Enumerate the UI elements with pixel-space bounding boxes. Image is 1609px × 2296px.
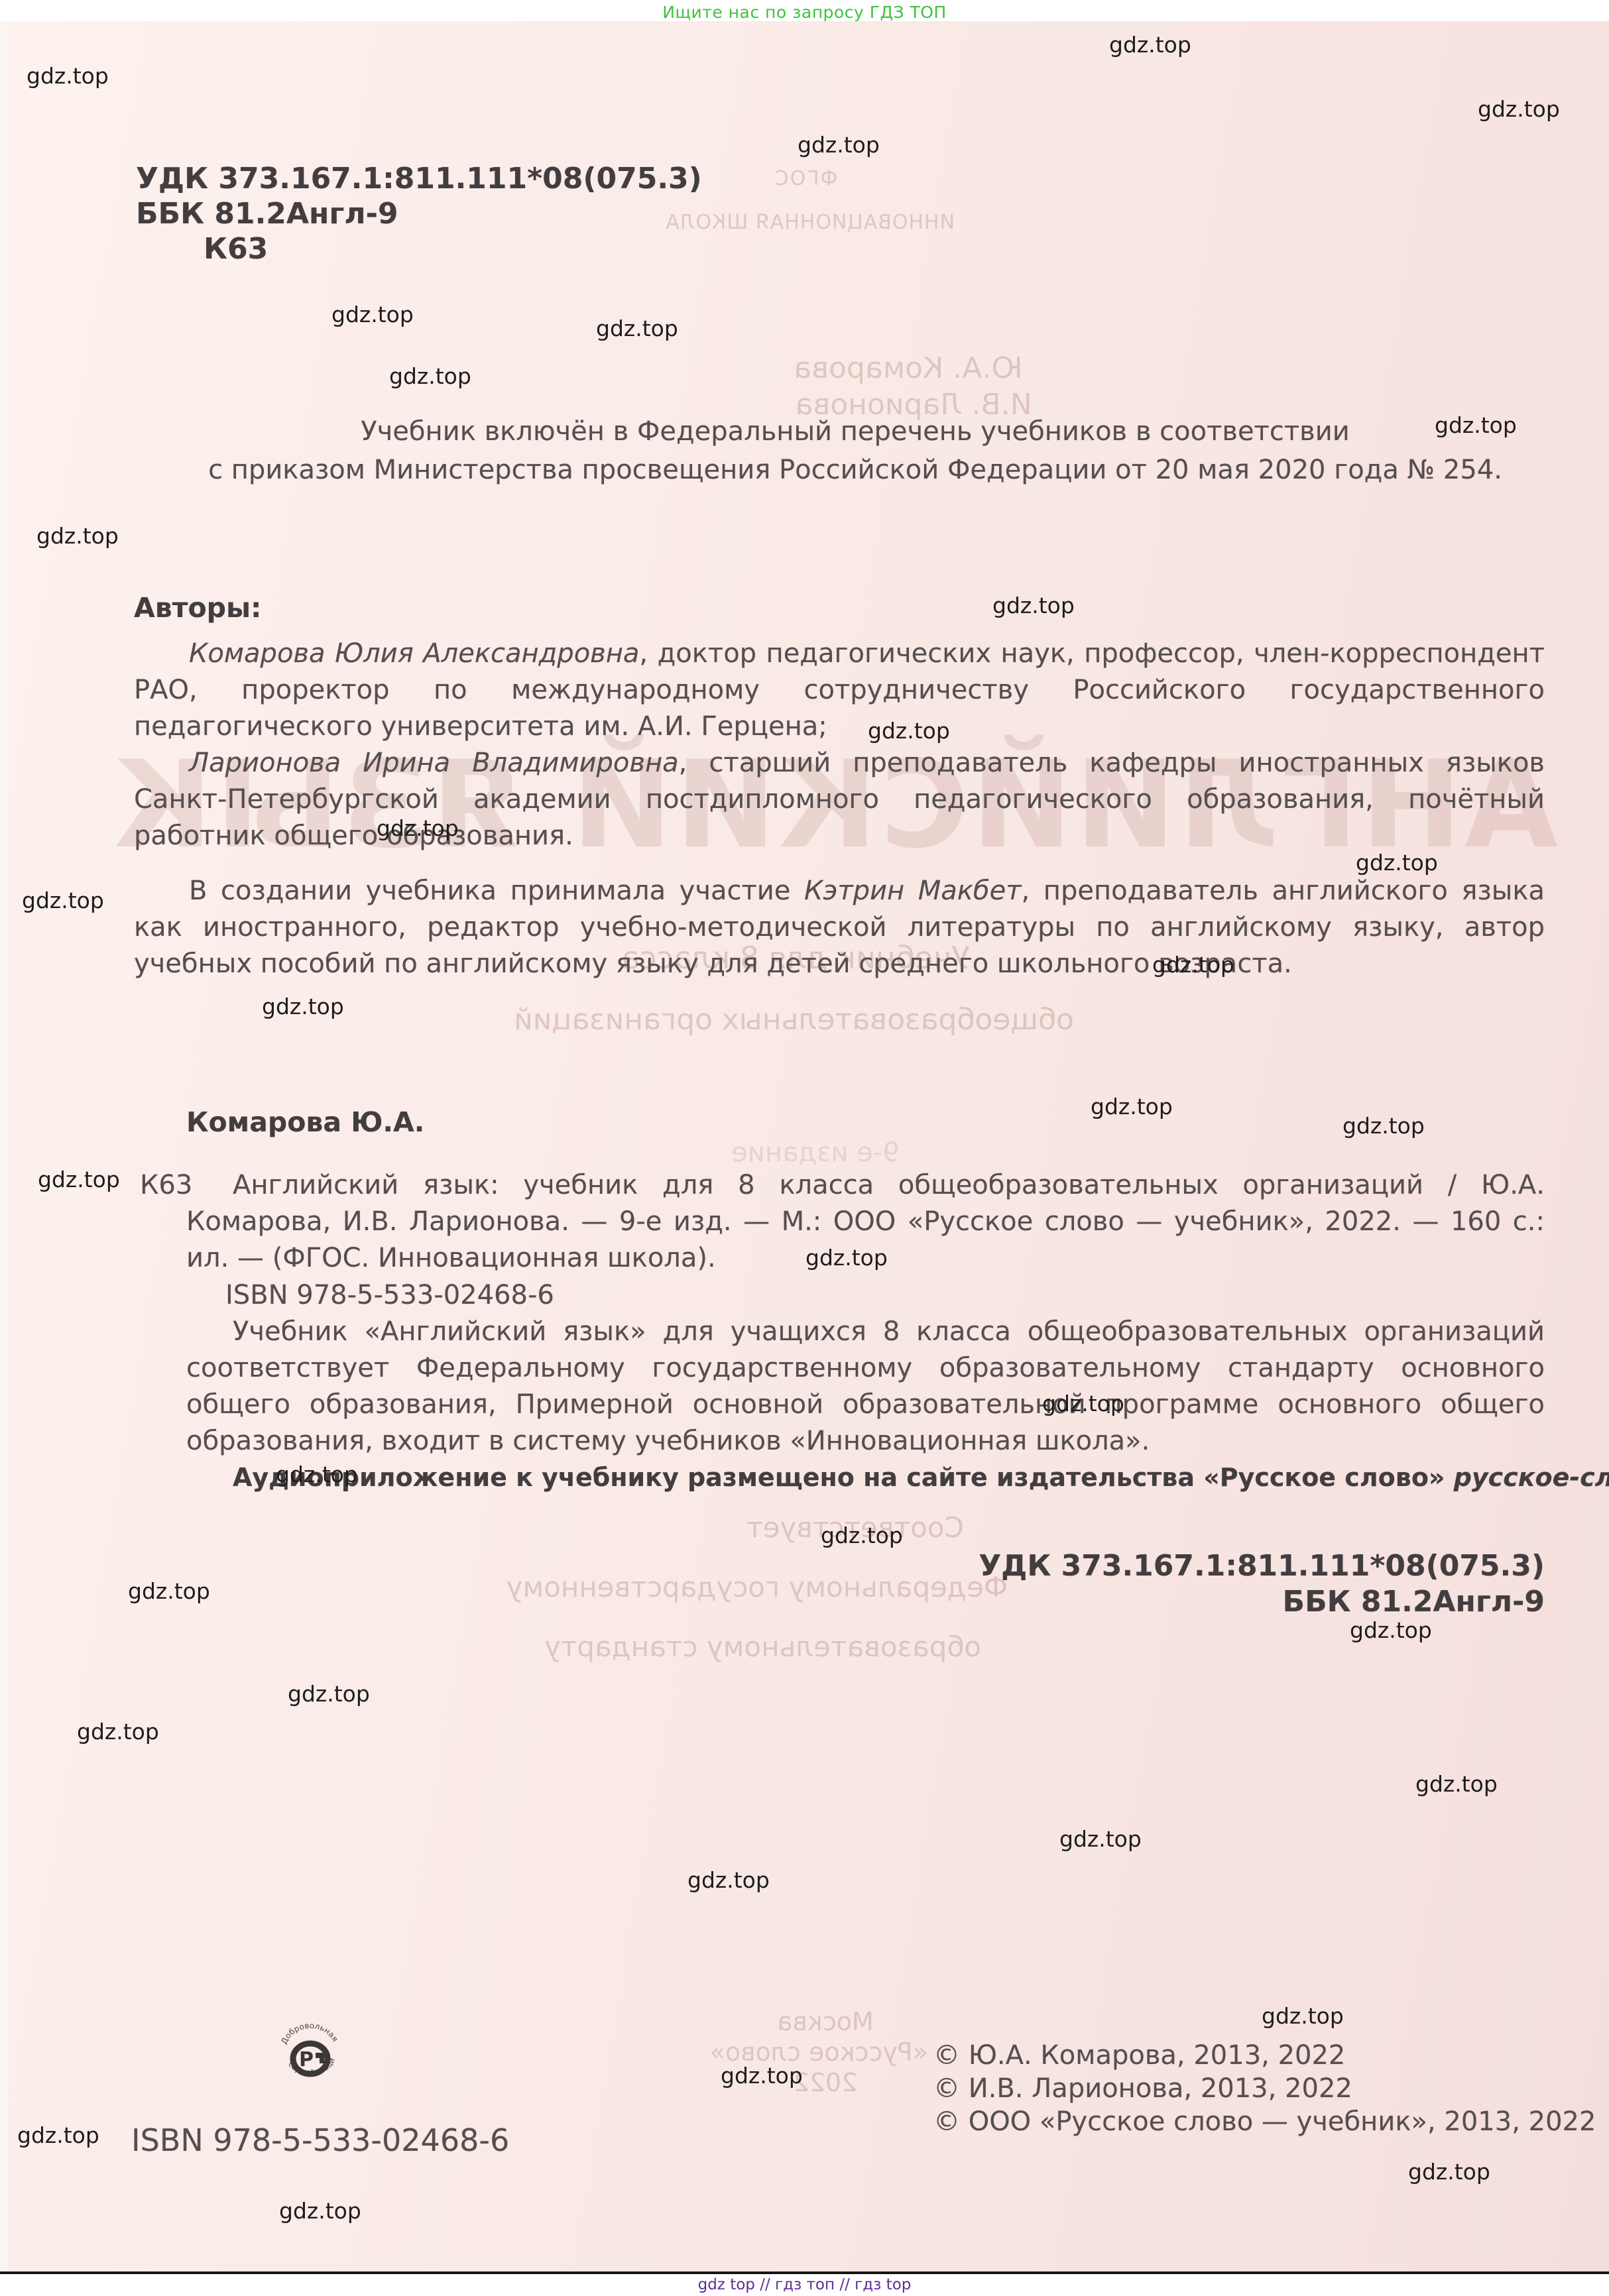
authors-section: Авторы: Комарова Юлия Александровна, док… (134, 590, 1545, 982)
rst-certification-logo: Добровольная сертификация Р (278, 2020, 342, 2097)
gdz-watermark: gdz.top (687, 1867, 770, 1893)
copyright-block: © Ю.А. Комарова, 2013, 2022 © И.В. Ларио… (933, 2039, 1596, 2138)
gdz-watermark: gdz.top (288, 1681, 370, 1707)
bottom-divider-line (0, 2271, 1609, 2274)
author-1-paragraph: Комарова Юлия Александровна, доктор педа… (134, 636, 1545, 745)
udc-right-line: УДК 373.167.1:811.111*08(075.3) (979, 1548, 1545, 1584)
gdz-watermark: gdz.top (262, 994, 344, 1019)
gdz-watermark: gdz.top (1091, 1094, 1173, 1119)
bleed-standard-line-2: Федеральному государственному (544, 1571, 1008, 1603)
audio-note-site: русское-слово.рф. (1454, 1463, 1609, 1492)
gdz-watermark: gdz.top (1478, 96, 1560, 122)
gdz-watermark: gdz.top (1152, 952, 1234, 978)
k63-code-top: К63 (204, 231, 702, 266)
bleed-standard-line-3: образовательному стандарту (570, 1631, 981, 1663)
bbk-right-line: ББК 81.2Англ-9 (979, 1584, 1545, 1620)
annotation-paragraph: Учебник «Английский язык» для учащихся 8… (186, 1314, 1545, 1460)
gdz-watermark: gdz.top (331, 302, 414, 327)
authors-heading: Авторы: (134, 590, 1545, 626)
gdz-watermark: gdz.top (22, 888, 104, 913)
catalog-card: Комарова Ю.А. К63 Английский язык: учебн… (186, 1104, 1545, 1496)
scanned-imprint-page: { "header": { "promo": "Ищите нас по зап… (0, 0, 1609, 2296)
udc-block-top: УДК 373.167.1:811.111*08(075.3) ББК 81.2… (136, 161, 702, 266)
promo-header-text: Ищите нас по запросу ГДЗ ТОП (0, 3, 1609, 22)
gdz-watermark: gdz.top (128, 1578, 210, 1604)
copyright-line-author2: © И.В. Ларионова, 2013, 2022 (933, 2072, 1596, 2105)
gdz-watermark: gdz.top (1262, 2003, 1344, 2029)
gdz-watermark: gdz.top (276, 1462, 358, 1487)
contributor-name: Кэтрин Макбет (804, 876, 1022, 906)
gdz-watermark: gdz.top (1042, 1391, 1124, 1416)
audio-note: Аудиоприложение к учебнику размещено на … (186, 1460, 1545, 1496)
isbn-bottom: ISBN 978-5-533-02468-6 (131, 2122, 509, 2158)
bbk-top-line: ББК 81.2Англ-9 (136, 196, 702, 231)
bleed-cover-subtitle-2: общеобразовательных организаций (517, 1003, 1074, 1037)
author-2-name: Ларионова Ирина Владимировна (189, 748, 679, 778)
card-code-k63: К63 (140, 1167, 192, 1204)
gdz-watermark: gdz.top (1356, 850, 1438, 876)
author-1-name: Комарова Юлия Александровна (189, 638, 639, 669)
page-left-edge (0, 21, 8, 2271)
gdz-watermark: gdz.top (1415, 1771, 1498, 1797)
gdz-watermark: gdz.top (36, 523, 119, 549)
copyright-line-publisher: © ООО «Русское слово — учебник», 2013, 2… (933, 2105, 1596, 2138)
gdz-watermark: gdz.top (1059, 1826, 1142, 1852)
gdz-watermark: gdz.top (27, 63, 109, 89)
gdz-watermark: gdz.top (596, 316, 678, 341)
gdz-watermark: gdz.top (77, 1719, 159, 1745)
contributor-intro: В создании учебника принимала участие (189, 876, 804, 906)
bleed-city: Москва (752, 2007, 898, 2036)
gdz-watermark: gdz.top (821, 1522, 903, 1548)
footer-site-text: gdz top // гдз топ // гдз top (0, 2276, 1609, 2293)
gdz-watermark: gdz.top (1350, 1617, 1432, 1643)
federal-notice-line-2: с приказом Министерства просвещения Росс… (106, 451, 1604, 489)
gdz-watermark: gdz.top (377, 815, 459, 841)
gdz-watermark: gdz.top (1109, 32, 1191, 58)
gdz-watermark: gdz.top (868, 718, 950, 744)
author-2-paragraph: Ларионова Ирина Владимировна, старший пр… (134, 745, 1545, 854)
gdz-watermark: gdz.top (721, 2063, 803, 2089)
copyright-line-author1: © Ю.А. Комарова, 2013, 2022 (933, 2039, 1596, 2072)
udc-block-right: УДК 373.167.1:811.111*08(075.3) ББК 81.2… (979, 1548, 1545, 1620)
federal-notice: Учебник включён в Федеральный перечень у… (106, 412, 1604, 489)
federal-notice-line-1: Учебник включён в Федеральный перечень у… (106, 412, 1604, 451)
bleed-series-name: ИННОВАЦИОННАЯ ШКОЛА (676, 211, 955, 234)
gdz-watermark: gdz.top (1342, 1113, 1425, 1139)
gdz-watermark: gdz.top (279, 2198, 361, 2224)
gdz-watermark: gdz.top (805, 1245, 888, 1271)
gdz-watermark: gdz.top (38, 1167, 120, 1192)
gdz-watermark: gdz.top (17, 2122, 99, 2148)
bleed-cover-author-1: Ю.А. Комарова (789, 351, 1028, 385)
gdz-watermark: gdz.top (1435, 412, 1517, 438)
gdz-watermark: gdz.top (389, 363, 471, 389)
card-isbn: ISBN 978-5-533-02468-6 (225, 1277, 1545, 1314)
gdz-watermark: gdz.top (1408, 2159, 1490, 2185)
bleed-fgos: ФГОС (746, 167, 865, 190)
contributor-paragraph: В создании учебника принимала участие Кэ… (134, 873, 1545, 982)
gdz-watermark: gdz.top (798, 132, 880, 158)
udc-top-line: УДК 373.167.1:811.111*08(075.3) (136, 161, 702, 196)
card-author: Комарова Ю.А. (186, 1104, 1545, 1141)
gdz-watermark: gdz.top (992, 593, 1075, 618)
audio-note-text: Аудиоприложение к учебнику размещено на … (233, 1463, 1454, 1492)
rst-letters: Р (299, 2048, 314, 2071)
